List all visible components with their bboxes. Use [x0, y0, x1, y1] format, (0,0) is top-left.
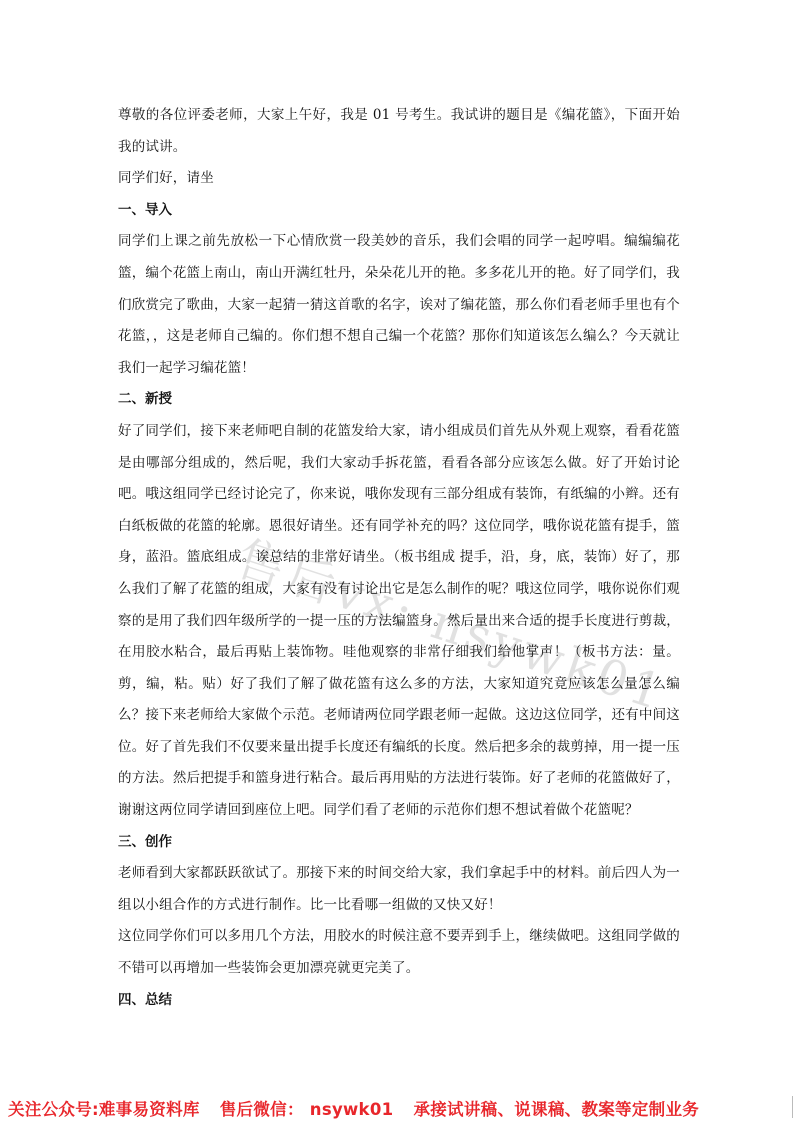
footer-custom-service: 承接试讲稿、说课稿、教案等定制业务: [413, 1100, 699, 1119]
document-page: 售后vx: nsywk01 尊敬的各位评委老师，大家上午好，我是 01 号考生。…: [0, 0, 793, 1122]
promo-footer: 关注公众号:难事易资料库 售后微信： nsywk01 承接试讲稿、说课稿、教案等…: [8, 1096, 793, 1120]
section-heading-new-lesson: 二、新授: [118, 384, 680, 416]
section-import-paragraph: 同学们上课之前先放松一下心情欣赏一段美妙的音乐，我们会唱的同学一起哼唱。编编编花…: [118, 226, 680, 384]
section-heading-summary: 四、总结: [118, 985, 680, 1017]
document-body: 尊敬的各位评委老师，大家上午好，我是 01 号考生。我试讲的题目是《编花篮》，下…: [118, 100, 680, 1016]
greeting-paragraph: 同学们好，请坐: [118, 163, 680, 195]
section-heading-creation: 三、创作: [118, 827, 680, 859]
section-new-lesson-paragraph: 好了同学们，接下来老师吧自制的花篮发给大家，请小组成员们首先从外观上观察，看看花…: [118, 416, 680, 827]
section-heading-import: 一、导入: [118, 195, 680, 227]
footer-wechat-account: 关注公众号:难事易资料库: [8, 1100, 200, 1119]
section-creation-paragraph-2: 这位同学你们可以多用几个方法，用胶水的时候注意不要弄到手上，继续做吧。这组同学做…: [118, 921, 680, 984]
footer-after-sales-contact: 售后微信： nsywk01: [220, 1100, 394, 1119]
section-creation-paragraph-1: 老师看到大家都跃跃欲试了。那接下来的时间交给大家，我们拿起手中的材料。前后四人为…: [118, 858, 680, 921]
intro-paragraph: 尊敬的各位评委老师，大家上午好，我是 01 号考生。我试讲的题目是《编花篮》，下…: [118, 100, 680, 163]
